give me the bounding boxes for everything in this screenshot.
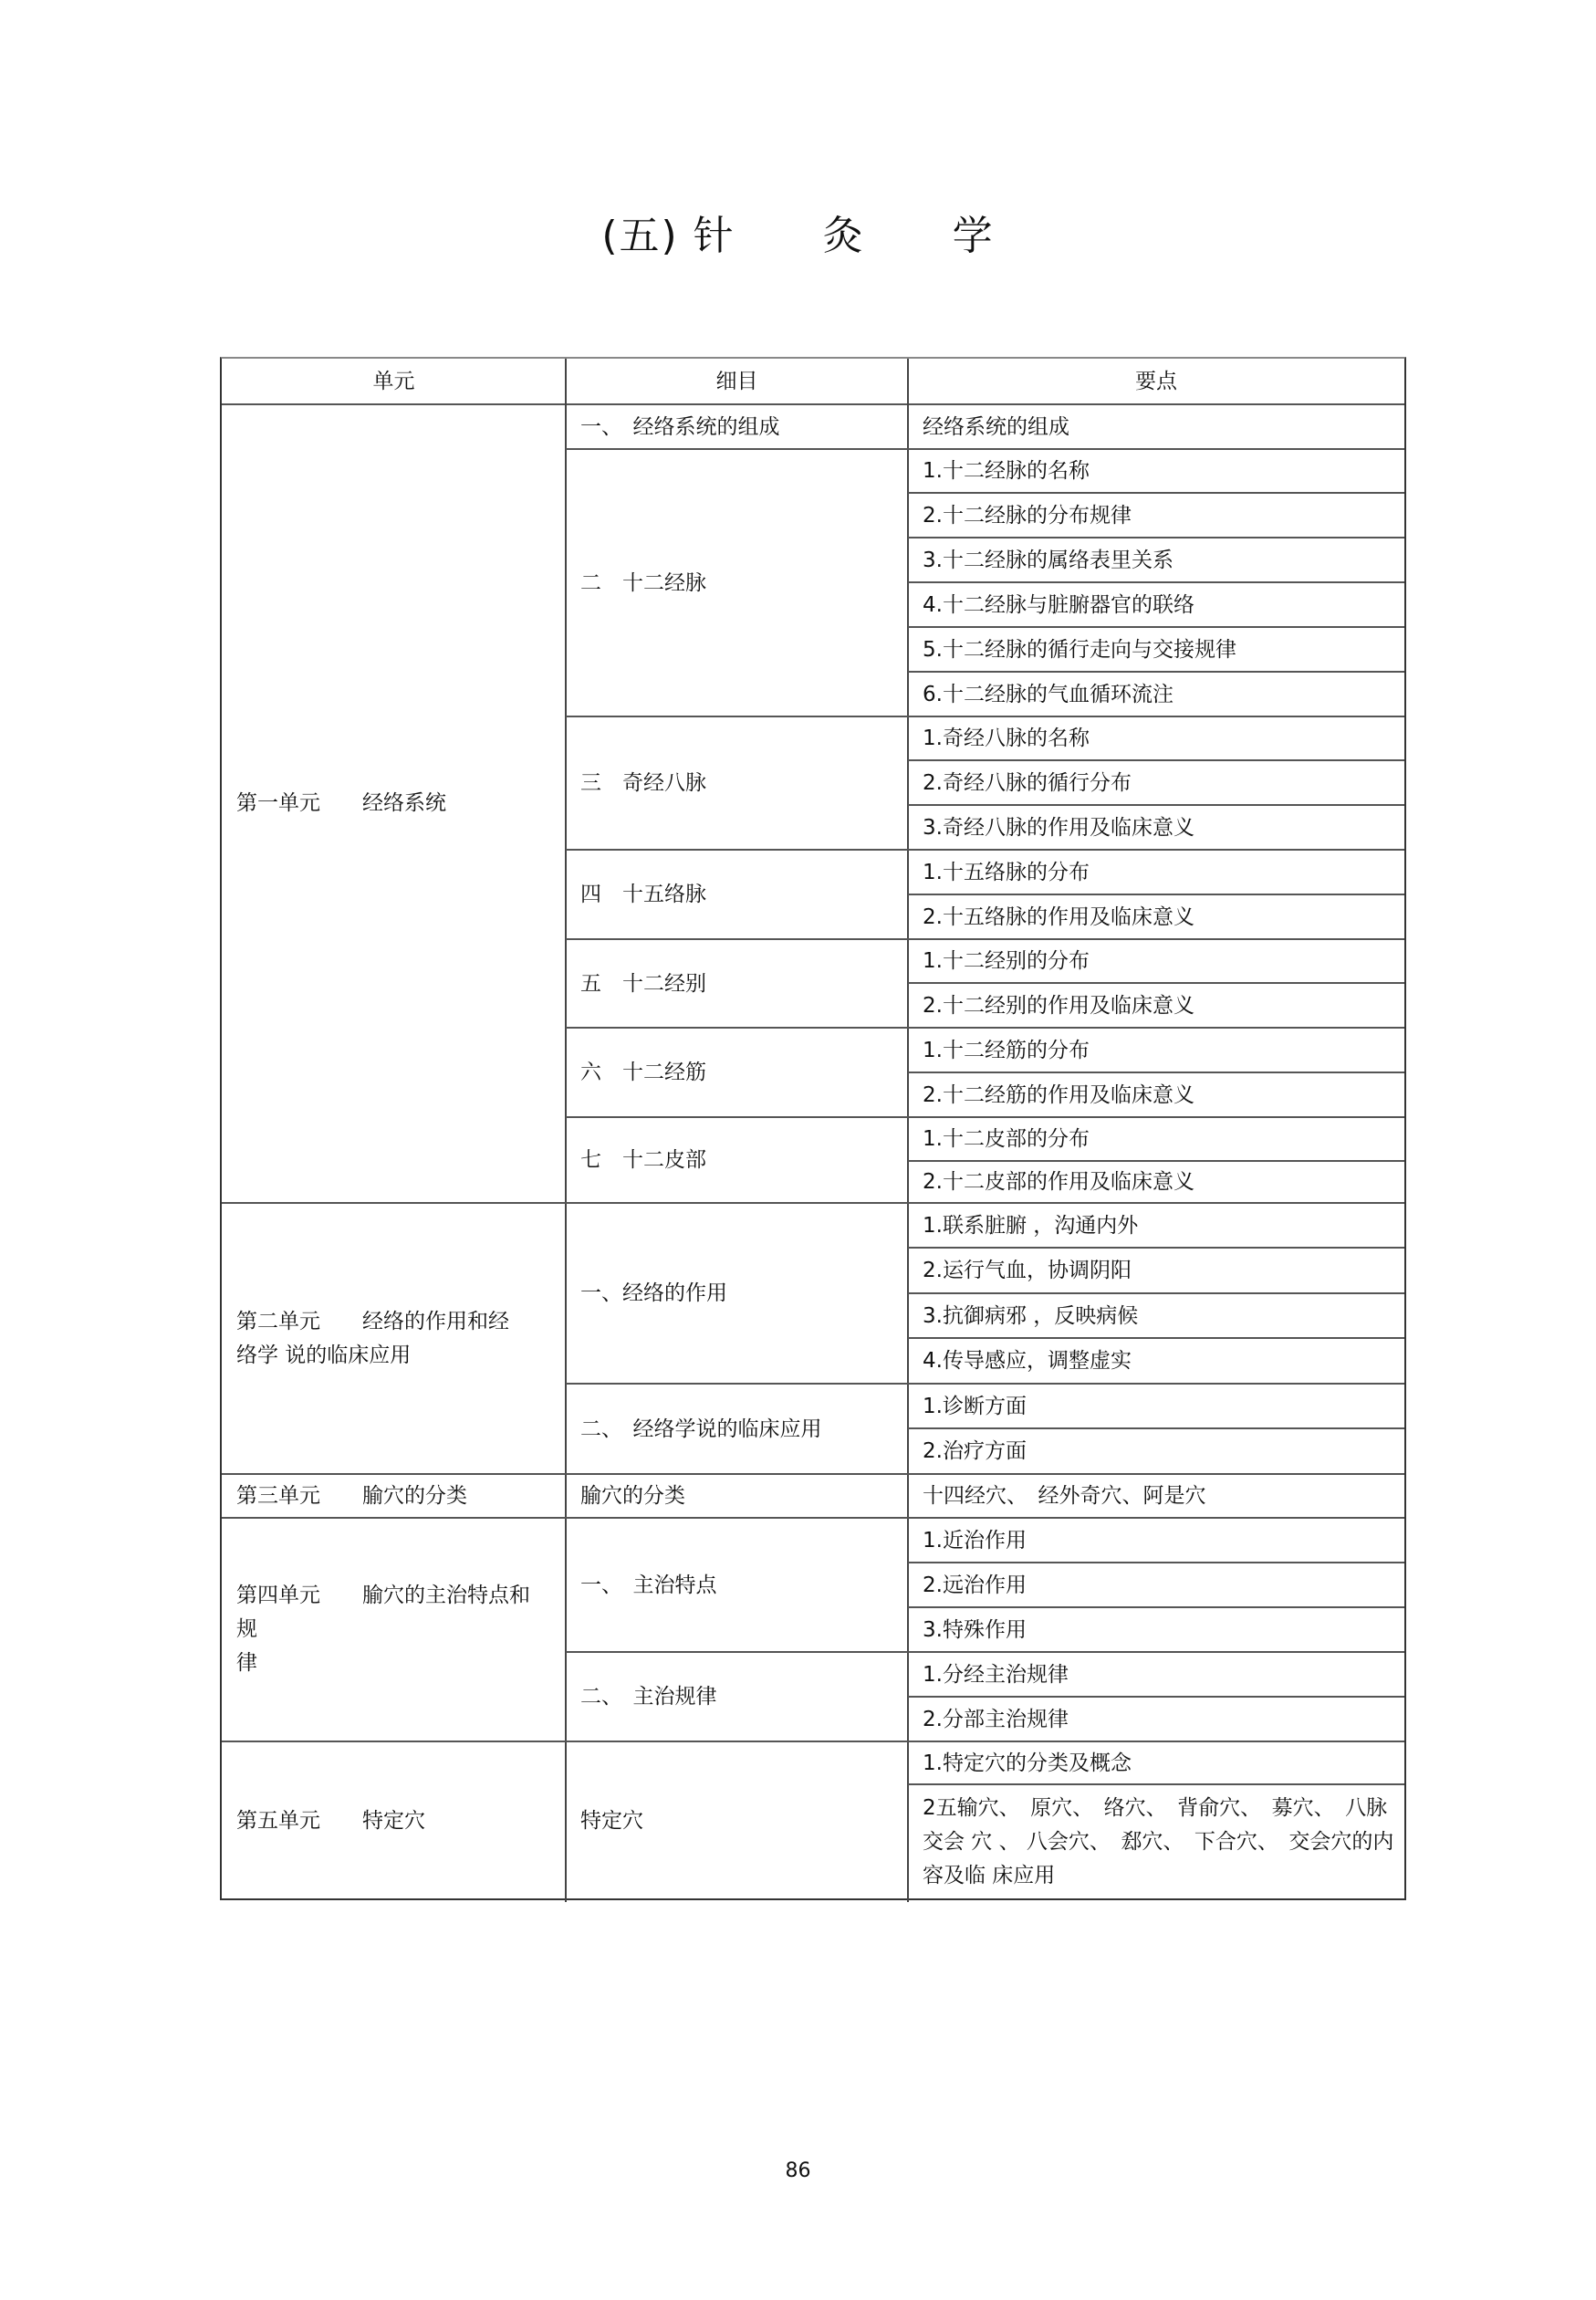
- point-cell: 2.奇经八脉的循行分布: [908, 760, 1404, 805]
- item-cell: 腧穴的分类: [566, 1474, 908, 1518]
- title-char: 灸: [823, 203, 865, 261]
- item-cell: 一、经络的作用: [566, 1203, 908, 1384]
- unit-label-line: 第四单元 腧穴的主治特点和: [236, 1579, 530, 1613]
- unit-label-line: 络学 说的临床应用: [236, 1339, 509, 1373]
- point-cell: 1.特定穴的分类及概念: [908, 1741, 1404, 1784]
- point-cell: 1.十二经别的分布: [908, 939, 1404, 983]
- item-cell: 三 奇经八脉: [566, 716, 908, 850]
- page-number: 86: [0, 2159, 1596, 2182]
- item-cell: 四 十五络脉: [566, 850, 908, 939]
- point-cell: 3.奇经八脉的作用及临床意义: [908, 805, 1404, 850]
- point-cell: 6.十二经脉的气血循环流注: [908, 672, 1404, 716]
- point-cell: 1.十五络脉的分布: [908, 850, 1404, 894]
- unit-label-line: 律: [236, 1647, 530, 1680]
- item-cell: 五 十二经别: [566, 939, 908, 1028]
- point-cell: 4.十二经脉与脏腑器官的联络: [908, 582, 1404, 627]
- point-cell: 1.联系脏腑 ，沟通内外: [908, 1203, 1404, 1248]
- point-cell: 1.十二皮部的分布: [908, 1117, 1404, 1161]
- point-cell: 2五输穴、 原穴、 络穴、 背俞穴、 募穴、 八脉交会 穴 、 八会穴、 郄穴、…: [908, 1784, 1404, 1900]
- item-cell: 特定穴: [566, 1741, 908, 1900]
- unit-cell: 第一单元 经络系统: [222, 404, 566, 1203]
- point-cell: 2.十二经别的作用及临床意义: [908, 983, 1404, 1028]
- point-cell: 2.治疗方面: [908, 1428, 1404, 1474]
- point-cell: 1.十二经脉的名称: [908, 449, 1404, 493]
- point-cell: 2.十二经脉的分布规律: [908, 493, 1404, 538]
- point-cell: 2.十二经筋的作用及临床意义: [908, 1072, 1404, 1117]
- page-title: (五) 针 灸 学: [0, 203, 1596, 261]
- point-cell: 1.奇经八脉的名称: [908, 716, 1404, 760]
- point-cell: 1.诊断方面: [908, 1384, 1404, 1428]
- point-cell: 十四经穴、 经外奇穴、阿是穴: [908, 1474, 1404, 1518]
- point-cell: 3.十二经脉的属络表里关系: [908, 538, 1404, 582]
- unit-cell: 第三单元 腧穴的分类: [222, 1474, 566, 1518]
- point-cell: 3.抗御病邪 ，反映病候: [908, 1293, 1404, 1338]
- unit-cell: 第二单元 经络的作用和经络学 说的临床应用: [222, 1203, 566, 1474]
- point-cell: 1.近治作用: [908, 1518, 1404, 1563]
- unit-cell: 第四单元 腧穴的主治特点和规律: [222, 1518, 566, 1741]
- point-cell: 2.十五络脉的作用及临床意义: [908, 894, 1404, 939]
- unit-label-line: 第二单元 经络的作用和经: [236, 1305, 509, 1339]
- title-char: 学: [953, 203, 995, 261]
- unit-label: 第五单元 特定穴: [236, 1804, 425, 1838]
- column-header: 细目: [566, 359, 908, 404]
- point-cell: 经络系统的组成: [908, 404, 1404, 449]
- column-header: 要点: [908, 359, 1404, 404]
- item-cell: 六 十二经筋: [566, 1028, 908, 1117]
- item-cell: 一、 经络系统的组成: [566, 404, 908, 449]
- unit-label-line: 规: [236, 1613, 530, 1647]
- title-prefix: (五): [601, 203, 678, 261]
- item-cell: 二、 主治规律: [566, 1652, 908, 1741]
- point-cell: 2.远治作用: [908, 1563, 1404, 1607]
- item-cell: 二、 经络学说的临床应用: [566, 1384, 908, 1474]
- item-cell: 二 十二经脉: [566, 449, 908, 716]
- unit-cell: 第五单元 特定穴: [222, 1741, 566, 1900]
- item-cell: 七 十二皮部: [566, 1117, 908, 1203]
- point-cell: 5.十二经脉的循行走向与交接规律: [908, 627, 1404, 672]
- point-cell: 2.十二皮部的作用及临床意义: [908, 1161, 1404, 1203]
- title-char: 针: [694, 203, 735, 261]
- unit-label: 第三单元 腧穴的分类: [236, 1479, 467, 1513]
- point-cell: 3.特殊作用: [908, 1607, 1404, 1652]
- point-cell: 2.运行气血，协调阴阳: [908, 1248, 1404, 1293]
- point-cell: 4.传导感应，调整虚实: [908, 1338, 1404, 1384]
- unit-label: 第一单元 经络系统: [236, 787, 446, 821]
- item-cell: 一、 主治特点: [566, 1518, 908, 1652]
- syllabus-table: 单元细目要点第一单元 经络系统一、 经络系统的组成经络系统的组成二 十二经脉1.…: [220, 357, 1406, 1900]
- column-header: 单元: [222, 359, 566, 404]
- point-cell: 2.分部主治规律: [908, 1697, 1404, 1741]
- point-cell: 1.十二经筋的分布: [908, 1028, 1404, 1072]
- point-cell: 1.分经主治规律: [908, 1652, 1404, 1697]
